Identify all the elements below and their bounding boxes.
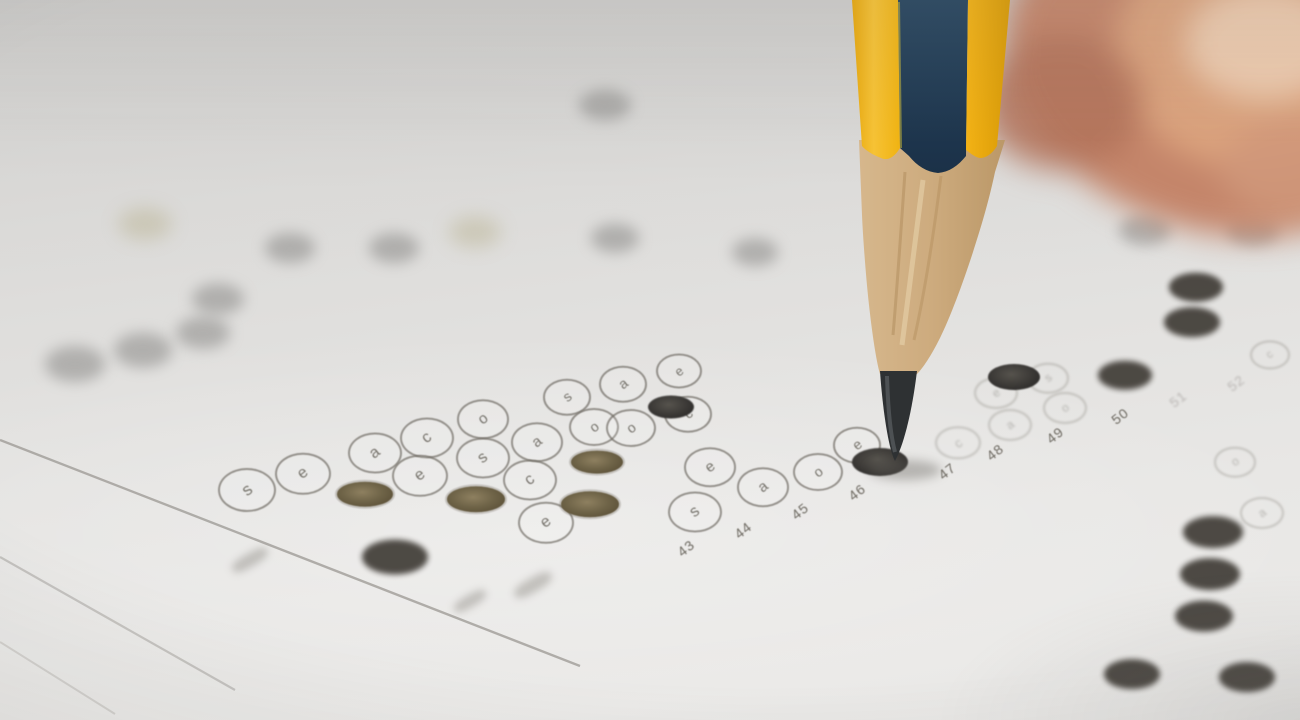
hand: [0, 0, 1300, 720]
pencil-wood: [859, 140, 1005, 374]
pencil-stripe-navy: [898, 0, 968, 173]
pencil: [845, 0, 1015, 475]
pencil-body-yellow-left: [852, 0, 900, 159]
pencil-body-yellow-right: [966, 0, 1010, 158]
scene: seacoesaocesaeocseaoecaoescao 4344454647…: [0, 0, 1300, 720]
